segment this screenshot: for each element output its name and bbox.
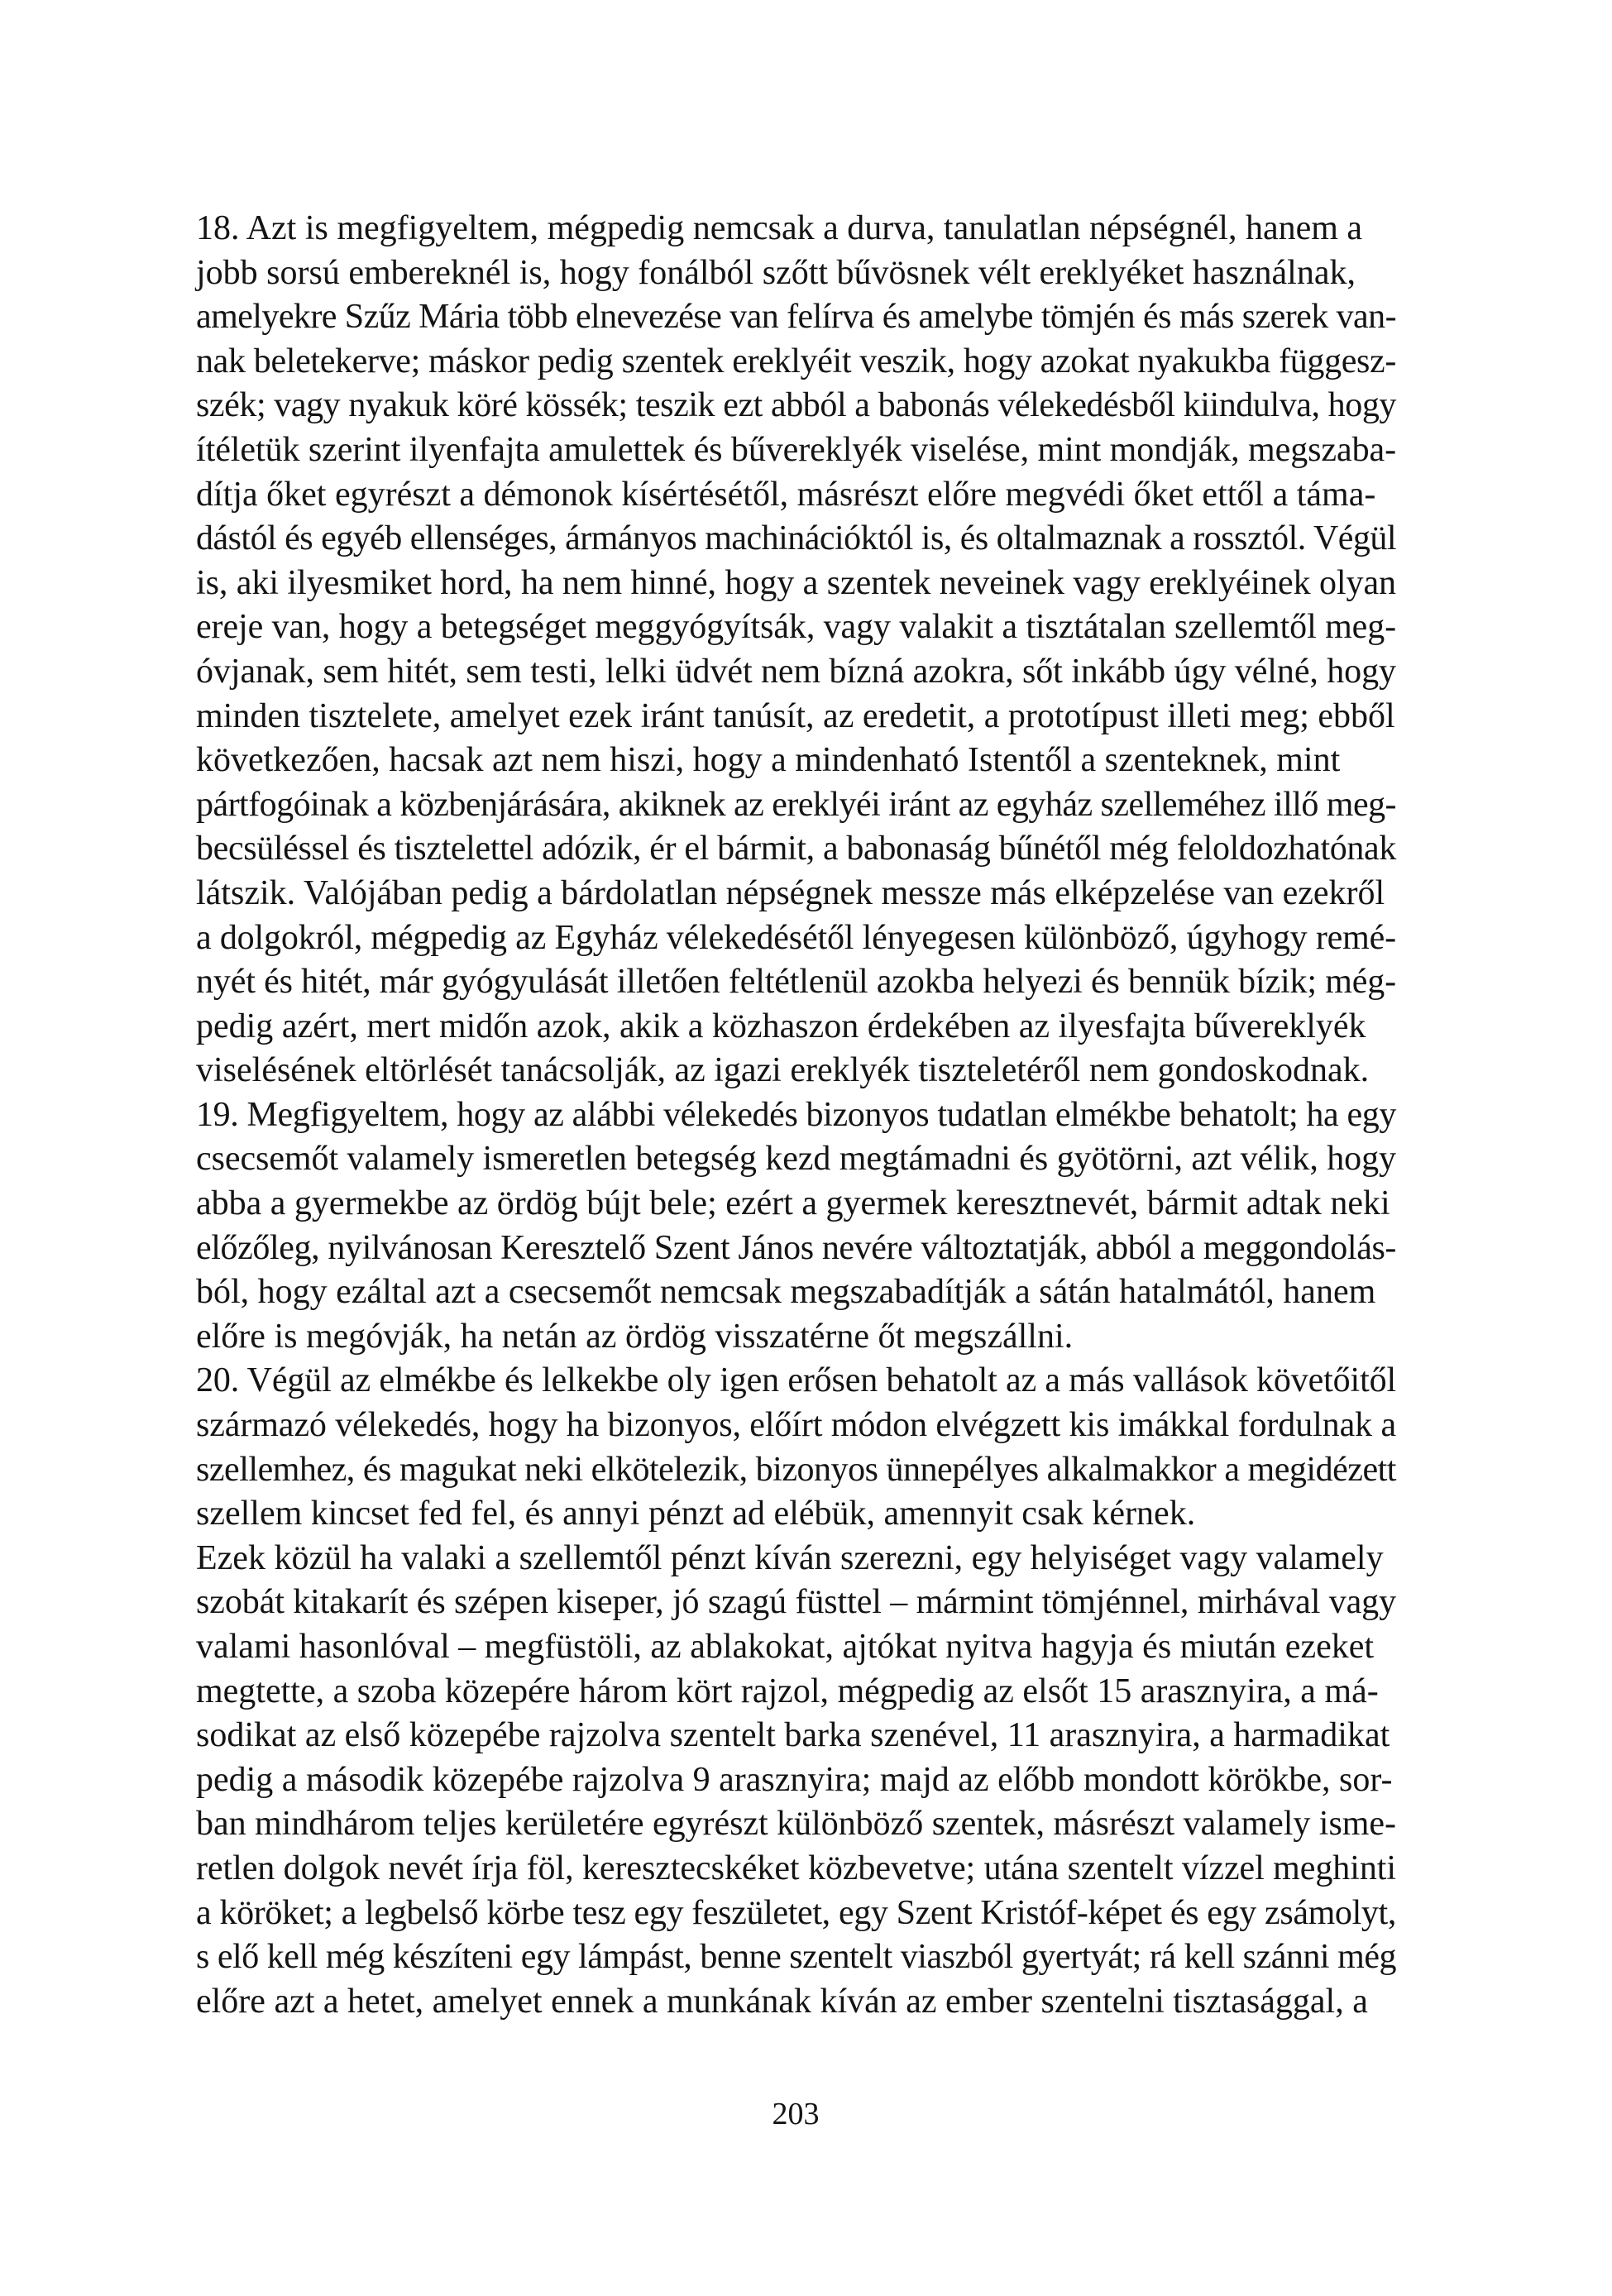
text-line: becsüléssel és tisztelettel adózik, ér e…	[196, 827, 1396, 872]
text-line: megtette, a szoba közepére három kört ra…	[196, 1670, 1396, 1715]
text-line: pártfogóinak a közbenjárására, akiknek a…	[196, 783, 1396, 828]
text-line: minden tisztelete, amelyet ezek iránt ta…	[196, 695, 1396, 739]
text-line: is, aki ilyesmiket hord, ha nem hinné, h…	[196, 562, 1396, 606]
text-line: retlen dolgok nevét írja föl, keresztecs…	[196, 1847, 1396, 1892]
text-line: szellemhez, és magukat neki elkötelezik,…	[196, 1448, 1396, 1493]
text-line: ból, hogy ezáltal azt a csecsemőt nemcsa…	[196, 1270, 1396, 1315]
text-line: előre is megóvják, ha netán az ördög vis…	[196, 1315, 1396, 1360]
text-line: dítja őket egyrészt a démonok kísértését…	[196, 473, 1396, 518]
text-line: abba a gyermekbe az ördög bújt bele; ezé…	[196, 1182, 1396, 1227]
paragraph-ritual: Ezek közül ha valaki a szellemtől pénzt …	[196, 1537, 1396, 2025]
text-line: 18. Azt is megfigyeltem, mégpedig nemcsa…	[196, 207, 1396, 251]
text-line: előre azt a hetet, amelyet ennek a munká…	[196, 1980, 1396, 2025]
text-line: szobát kitakarít és szépen kiseper, jó s…	[196, 1581, 1396, 1625]
text-line: ban mindhárom teljes kerületére egyrészt…	[196, 1802, 1396, 1847]
page-number-text: 203	[773, 2097, 820, 2131]
text-line: ereje van, hogy a betegséget meggyógyíts…	[196, 605, 1396, 650]
text-line: s elő kell még készíteni egy lámpást, be…	[196, 1935, 1396, 1980]
text-line: származó vélekedés, hogy ha bizonyos, el…	[196, 1404, 1396, 1448]
text-line: dástól és egyéb ellenséges, ármányos mac…	[196, 517, 1396, 562]
page-number: 203	[0, 2097, 1612, 2131]
text-line: valami hasonlóval – megfüstöli, az ablak…	[196, 1625, 1396, 1670]
text-line: csecsemőt valamely ismeretlen betegség k…	[196, 1137, 1396, 1182]
text-line: szellem kincset fed fel, és annyi pénzt …	[196, 1492, 1396, 1537]
text-line: szék; vagy nyakuk köré kössék; teszik ez…	[196, 384, 1396, 428]
text-line: következően, hacsak azt nem hiszi, hogy …	[196, 739, 1396, 783]
text-line: előzőleg, nyilvánosan Keresztelő Szent J…	[196, 1227, 1396, 1271]
text-line: nak beletekerve; máskor pedig szentek er…	[196, 340, 1396, 385]
text-line: óvjanak, sem hitét, sem testi, lelki üdv…	[196, 650, 1396, 695]
text-line: Ezek közül ha valaki a szellemtől pénzt …	[196, 1537, 1396, 1581]
text-line: a dolgokról, mégpedig az Egyház vélekedé…	[196, 916, 1396, 961]
text-line: 20. Végül az elmékbe és lelkekbe oly ige…	[196, 1359, 1396, 1404]
text-line: sodikat az első közepébe rajzolva szente…	[196, 1714, 1396, 1758]
paragraph-19: 19. Megfigyeltem, hogy az alábbi véleked…	[196, 1093, 1396, 1360]
text-line: amelyekre Szűz Mária több elnevezése van…	[196, 295, 1396, 340]
text-line: pedig azért, mert midőn azok, akik a köz…	[196, 1005, 1396, 1050]
text-line: jobb sorsú embereknél is, hogy fonálból …	[196, 251, 1396, 296]
paragraph-20: 20. Végül az elmékbe és lelkekbe oly ige…	[196, 1359, 1396, 1536]
text-line: nyét és hitét, már gyógyulását illetően …	[196, 960, 1396, 1005]
text-line: a köröket; a legbelső körbe tesz egy fes…	[196, 1892, 1396, 1936]
text-line: 19. Megfigyeltem, hogy az alábbi véleked…	[196, 1093, 1396, 1138]
text-line: látszik. Valójában pedig a bárdolatlan n…	[196, 872, 1396, 916]
text-line: viselésének eltörlését tanácsolják, az i…	[196, 1049, 1396, 1093]
text-line: ítéletük szerint ilyenfajta amulettek és…	[196, 428, 1396, 473]
text-line: pedig a második közepébe rajzolva 9 aras…	[196, 1758, 1396, 1803]
paragraph-18: 18. Azt is megfigyeltem, mégpedig nemcsa…	[196, 207, 1396, 1093]
book-page: 18. Azt is megfigyeltem, mégpedig nemcsa…	[0, 0, 1612, 2296]
body-text: 18. Azt is megfigyeltem, mégpedig nemcsa…	[196, 207, 1396, 2024]
